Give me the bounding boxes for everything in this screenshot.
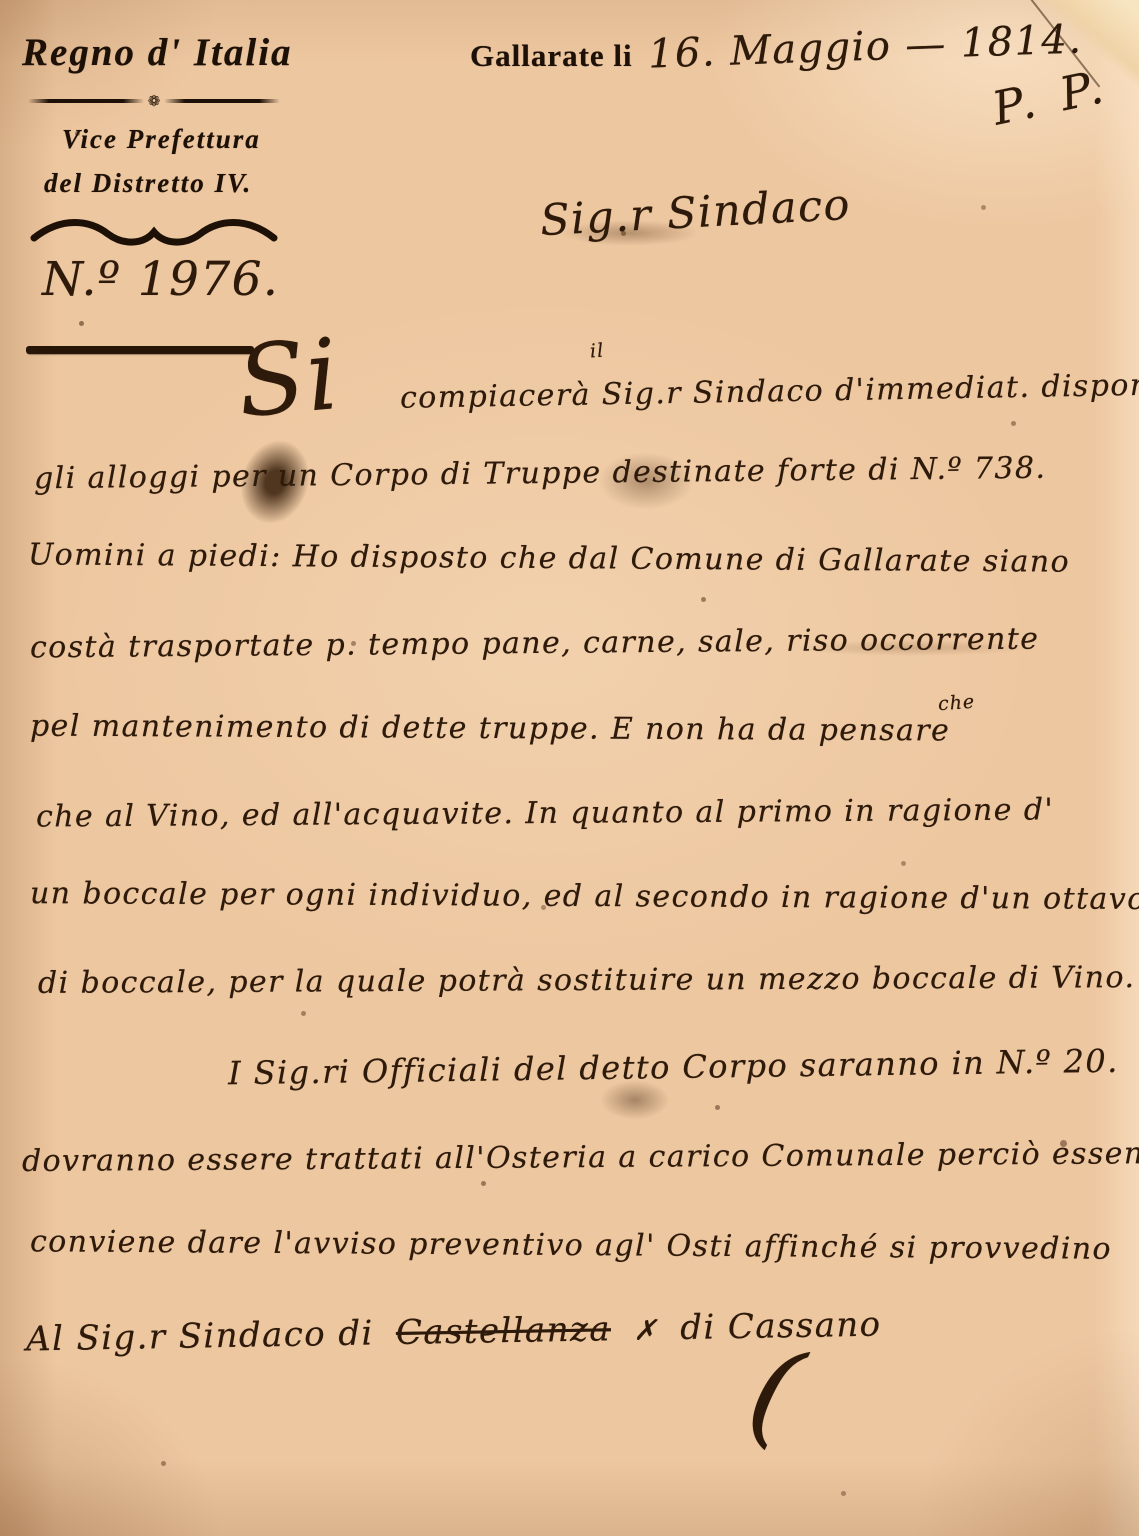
body-line: un boccale per ogni individuo, ed al sec… [30,876,1139,917]
letterhead-divider: ❁ [28,92,280,110]
brace-flourish-icon [28,212,280,256]
corner-initials: P. P. [988,58,1114,135]
interline-insertion: che [937,691,976,716]
letterhead-office-line1: Vice Prefettura [62,124,261,155]
body-line: di boccale, per la quale potrà sostituir… [38,960,1136,1001]
body-line: compiacerà Sig.r Sindaco d'immediat. dis… [400,367,1139,416]
body-line: gli alloggi per un Corpo di Truppe desti… [34,451,1047,497]
body-opening-capital: Si [233,318,344,440]
footer-struck-name: Castellanza [396,1309,612,1353]
divider-bar [164,99,280,103]
paper-specks [0,0,3,3]
letter-page: Regno d' Italia ❁ Vice Prefettura del Di… [0,0,1139,1536]
divider-bar [28,99,144,103]
body-line: I Sig.ri Officiali del detto Corpo saran… [228,1042,1119,1092]
body-line: costà trasportate p. tempo pane, carne, … [30,622,1040,666]
protocol-number: N.º 1976. [42,252,279,307]
body-line: conviene dare l'avviso preventivo agl' O… [30,1224,1112,1267]
interline-insertion: il [589,340,605,363]
body-line: che al Vino, ed all'acquavite. In quanto… [36,792,1054,834]
insertion-mark-icon: ✗ [633,1313,658,1346]
dateline-place-label: Gallarate li [470,38,633,74]
letterhead-office-line2: del Distretto IV. [44,168,252,199]
footer-address: Al Sig.r Sindaco di Castellanza ✗ di Cas… [26,1305,882,1360]
rosette-ornament-icon: ❁ [148,94,161,109]
body-line: pel mantenimento di dette truppe. E non … [30,709,950,749]
body-line: Uomini a piedi: Ho disposto che dal Comu… [28,537,1070,579]
dateline-handwritten-date: 16. Maggio — 1814. [647,16,1083,77]
footer-address-prefix: Al Sig.r Sindaco di [26,1313,374,1359]
heavy-rule [26,346,254,354]
letterhead-kingdom-title: Regno d' Italia [22,30,293,75]
body-line: dovranno essere trattati all'Osteria a c… [22,1136,1139,1179]
salutation: Sig.r Sindaco [539,180,852,246]
